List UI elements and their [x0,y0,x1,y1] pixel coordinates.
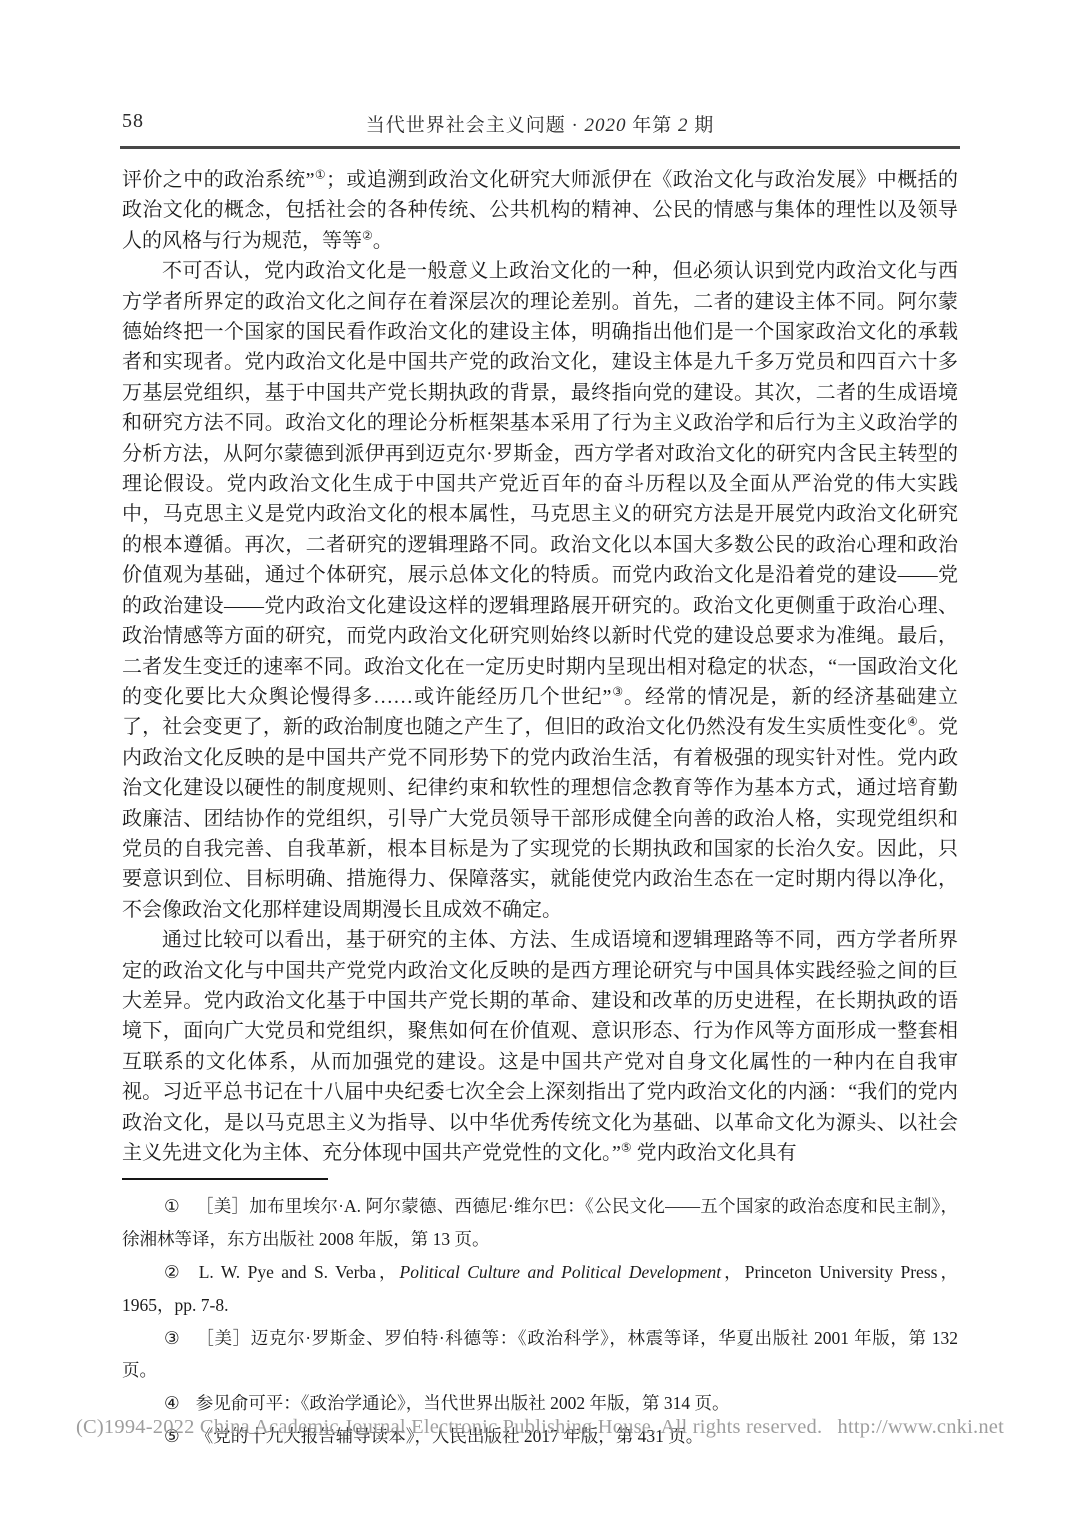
footnote-item: ①［美］加布里埃尔·A. 阿尔蒙德、西德尼·维尔巴：《公民文化——五个国家的政治… [122,1190,958,1256]
journal-title: 当代世界社会主义问题 · 2020 年第 2 期 [366,115,715,136]
footnote-reference-mark: ② [362,228,373,242]
italic-text: 2 [678,115,689,136]
body-paragraph: 评价之中的政治系统”①；或追溯到政治文化研究大师派伊在《政治文化与政治发展》中概… [122,165,958,256]
footnote-list: ①［美］加布里埃尔·A. 阿尔蒙德、西德尼·维尔巴：《公民文化——五个国家的政治… [122,1190,958,1452]
italic-text: 2020 [585,115,627,136]
footnote-reference-mark: ① [314,167,326,181]
footnote-separator [122,1178,328,1180]
copyright-text: (C)1994-2022 China Academic Journal Elec… [76,1416,822,1439]
footnote-number: ① [164,1196,180,1216]
footnote-number: ④ [164,1393,180,1413]
header-rule [120,146,960,149]
footnote-number: ③ [164,1328,180,1348]
article-body: 评价之中的政治系统”①；或追溯到政治文化研究大师派伊在《政治文化与政治发展》中概… [122,165,958,1168]
journal-page: 58 当代世界社会主义问题 · 2020 年第 2 期 评价之中的政治系统”①；… [0,0,1080,1527]
italic-text: Political Culture and Political Developm… [400,1262,722,1282]
copyright-url: http://www.cnki.net [838,1416,1004,1439]
page-number: 58 [122,110,144,133]
page-header: 58 当代世界社会主义问题 · 2020 年第 2 期 [0,0,1080,138]
footnote-item: ③［美］迈克尔·罗斯金、罗伯特·科德等：《政治科学》，林震等译，华夏出版社 20… [122,1322,958,1388]
footnote-number: ② [164,1262,183,1282]
footnote-item: ②L. W. Pye and S. Verba，Political Cultur… [122,1256,958,1322]
body-paragraph: 不可否认，党内政治文化是一般意义上政治文化的一种，但必须认识到党内政治文化与西方… [122,256,958,925]
footnote-reference-mark: ③ [611,684,624,698]
footnote-reference-mark: ⑤ [621,1140,632,1154]
footnote-reference-mark: ④ [907,715,918,729]
body-paragraph: 通过比较可以看出，基于研究的主体、方法、生成语境和逻辑理路等不同，西方学者所界定… [122,925,958,1168]
copyright-bar: (C)1994-2022 China Academic Journal Elec… [76,1416,1004,1439]
